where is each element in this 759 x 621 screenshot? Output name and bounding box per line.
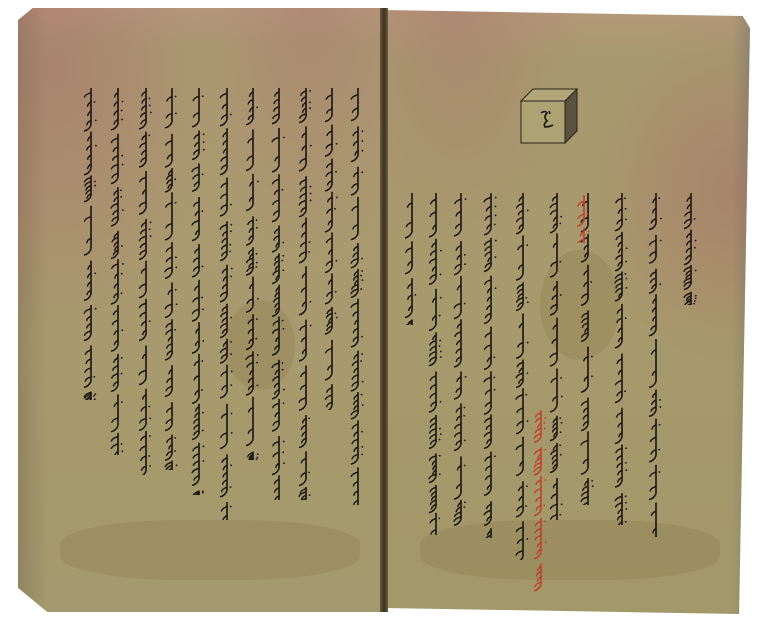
red-annotation xyxy=(576,195,592,243)
right-page-text-column xyxy=(404,193,420,325)
left-page-text-column xyxy=(110,88,126,455)
book-gutter xyxy=(380,8,388,612)
right-page-text-column xyxy=(614,193,630,525)
right-page-text-column xyxy=(648,193,664,537)
cube-illustration xyxy=(519,87,579,145)
left-page-text-column xyxy=(191,88,207,495)
left-page-text-column xyxy=(350,88,366,505)
left-page-text-column xyxy=(219,88,235,520)
red-annotation xyxy=(533,410,549,600)
right-page-text-column xyxy=(683,193,699,305)
left-page-text-column xyxy=(83,88,99,400)
right-page-text-column xyxy=(483,193,499,538)
left-page-text-column xyxy=(164,88,180,470)
right-page-text-column xyxy=(549,193,565,520)
water-stain xyxy=(60,520,360,580)
right-page-text-column xyxy=(515,193,531,560)
left-page-text-column xyxy=(245,88,261,460)
left-page-text-column xyxy=(138,88,154,475)
right-page-text-column xyxy=(428,193,444,535)
left-page-text-column xyxy=(324,88,340,410)
left-page-text-column xyxy=(271,88,287,500)
right-page-text-column xyxy=(453,193,469,530)
left-page-text-column xyxy=(298,88,314,500)
manuscript-photo xyxy=(0,0,759,621)
